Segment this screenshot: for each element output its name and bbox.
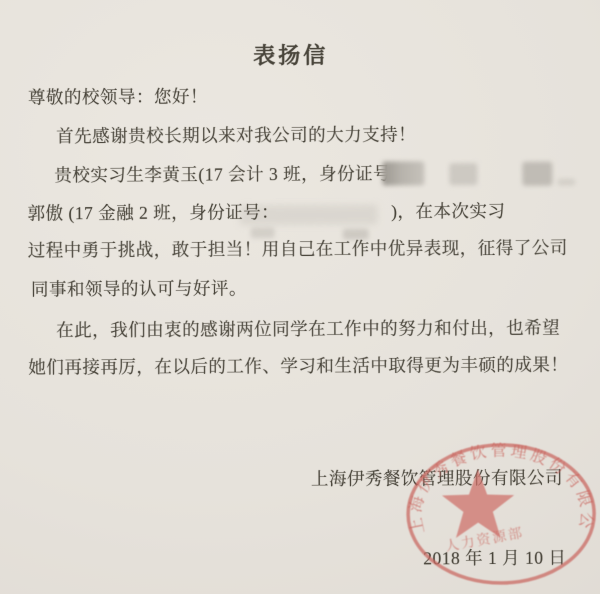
company-seal-stamp: 上海伊秀餐饮管理股份有限公司 人力资源部 [399, 439, 600, 593]
intern-line-2-start: 郭傲 (17 金融 2 班，身份证号： [28, 202, 280, 223]
intern-line-3: 过程中勇于挑战，敢于担当！用自己在工作中优异表现，征得了公司 [28, 238, 568, 263]
commendation-letter-photo: 表扬信 尊敬的校领导：您好！ 首先感谢贵校长期以来对我公司的大力支持！ 贵校实习… [0, 0, 600, 594]
redacted-id-blur [251, 227, 275, 238]
redacted-id-gap [279, 218, 391, 219]
paragraph-thanks: 首先感谢贵校长期以来对我公司的大力支持！ [56, 124, 416, 148]
redacted-id-blur [557, 179, 575, 186]
redacted-id-blur [449, 163, 477, 185]
intern-line-1: 贵校实习生李黄玉(17 会计 3 班，身份证号： [54, 163, 409, 187]
closing-line-1: 在此，我们由衷的感谢两位同学在工作中的努力和付出，也希望 [56, 318, 560, 343]
letter-date: 2018 年 1 月 10 日 [423, 548, 566, 571]
greeting-line: 尊敬的校领导：您好！ [28, 86, 208, 109]
intern-line-2: 郭傲 (17 金融 2 班，身份证号：)，在本次实习 [28, 201, 506, 225]
letter-body: 表扬信 尊敬的校领导：您好！ 首先感谢贵校长期以来对我公司的大力支持！ 贵校实习… [0, 0, 600, 594]
closing-line-2: 她们再接再厉，在以后的工作、学习和生活中取得更为丰硕的成果！ [28, 355, 568, 380]
company-signature: 上海伊秀餐饮管理股份有限公司 [311, 468, 563, 491]
redacted-id-blur [522, 162, 552, 186]
letter-title: 表扬信 [0, 40, 591, 71]
intern-line-2-end: )，在本次实习 [391, 201, 505, 222]
redacted-id-blur [382, 161, 424, 185]
intern-line-4: 同事和领导的认可与好评。 [31, 278, 247, 301]
